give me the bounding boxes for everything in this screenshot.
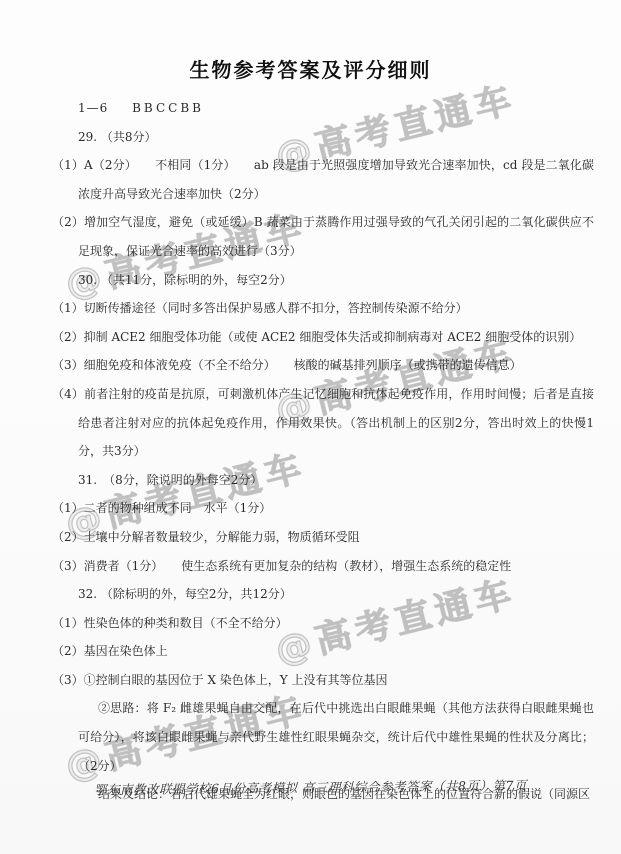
answer-item: （2）抑制 ACE2 细胞受体功能（或使 ACE2 细胞受体失活或抑制病毒对 A… <box>78 323 594 352</box>
answer-item: （1）切断传播途径（同时多答出保护易感人群不扣分，答控制传染源不给分） <box>78 294 594 323</box>
answer-item: （1）性染色体的种类和数目（不全不给分） <box>78 609 594 638</box>
answer-item: （3）细胞免疫和体液免疫（不全不给分） 核酸的碱基排列顺序（或携带的遗传信息） <box>78 351 594 380</box>
choice-answers-line: 1—6 BBCCBB <box>78 94 594 123</box>
answer-item: （4）前者注射的疫苗是抗原，可刺激机体产生记忆细胞和抗体起免疫作用，作用时间慢；… <box>78 380 594 466</box>
answer-item: （2）增加空气湿度，避免（或延缓）B 蔬菜由于蒸腾作用过强导致的气孔关闭引起的二… <box>78 208 594 265</box>
answer-item: （3）①控制白眼的基因位于 X 染色体上，Y 上没有其等位基因 <box>78 666 594 695</box>
answer-item: （2）基因在染色体上 <box>78 637 594 666</box>
question-block-31: 31. （8分，除说明的外每空2分） （1）二者的物种组成不同 水平（1分） （… <box>78 466 594 580</box>
answer-item: （3）消费者（1分） 使生态系统有更加复杂的结构（教材），增强生态系统的稳定性 <box>78 552 594 581</box>
question-block-29: 29. （共8分） （1）A（2分） 不相同（1分） ab 段是由于光照强度增加… <box>78 123 594 266</box>
answer-item: （1）二者的物种组成不同 水平（1分） <box>78 494 594 523</box>
question-block-32: 32. （除标明的外，每空2分，共12分） （1）性染色体的种类和数目（不全不给… <box>78 580 594 809</box>
answer-item: （2）土壤中分解者数量较少，分解能力弱，物质循环受阻 <box>78 523 594 552</box>
answer-paragraph: ②思路：将 F₂ 雌雄果蝇自由交配，在后代中挑选出白眼雌果蝇（其他方法获得白眼雌… <box>78 694 594 780</box>
question-heading: 30. （共11分，除标明的外，每空2分） <box>78 266 594 295</box>
question-heading: 31. （8分，除说明的外每空2分） <box>78 466 594 495</box>
choice-question-range: 1—6 <box>78 101 108 115</box>
answer-item: （1）A（2分） 不相同（1分） ab 段是由于光照强度增加导致光合速率加快，c… <box>78 151 594 208</box>
question-heading: 32. （除标明的外，每空2分，共12分） <box>78 580 594 609</box>
question-heading: 29. （共8分） <box>78 123 594 152</box>
answers-body: 1—6 BBCCBB 29. （共8分） （1）A（2分） 不相同（1分） ab… <box>78 94 594 809</box>
choice-answer-letters: BBCCBB <box>132 101 204 115</box>
question-block-30: 30. （共11分，除标明的外，每空2分） （1）切断传播途径（同时多答出保护易… <box>78 266 594 466</box>
scanned-answer-page: @高考直通车 @高考直通车 @高考直通车 @高考直通车 @高考直通车 @高考直通… <box>0 0 621 854</box>
page-title: 生物参考答案及评分细则 <box>0 54 621 83</box>
